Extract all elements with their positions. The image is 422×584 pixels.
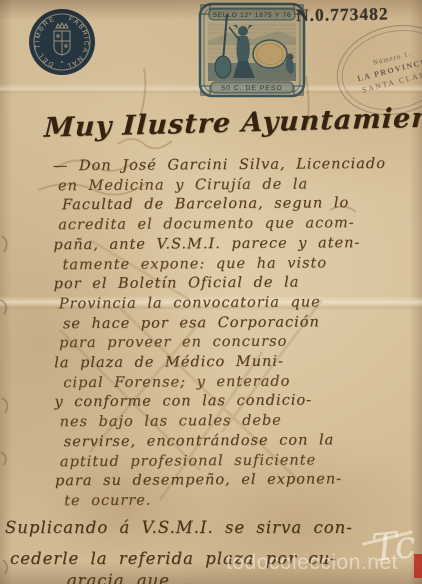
closing-line: gracia que ...: [66, 571, 200, 584]
stamp-top-banner: SELLO 12º 1875 Y 76: [213, 12, 292, 19]
manuscript-line: para proveer en concurso: [59, 332, 414, 354]
closing-line: Suplicando á V.S.M.I. se sirva con-: [5, 518, 353, 537]
scanned-manuscript-document: FABRICA NAL · DEL TIMBRE SELLO 12º 1875 …: [0, 0, 422, 584]
manuscript-line: tamente expone: que ha visto: [62, 253, 413, 275]
manuscript-line: acredita el documento que acom-: [58, 214, 413, 236]
manuscript-line: y conforme con las condicio-: [54, 391, 414, 413]
manuscript-line: aptitud profesional suficiente: [60, 450, 415, 472]
manuscript-line: paña, ante V.S.M.I. parece y aten-: [53, 234, 413, 256]
oval-stamp-line: SANTA CLARA: [359, 66, 422, 96]
manuscript-line: se hace por esa Corporación: [63, 312, 414, 334]
manuscript-line: la plaza de Médico Muni-: [54, 352, 414, 374]
red-edge-mark: [414, 554, 422, 578]
manuscript-body: — Don José Garcini Silva, Licenciado en …: [53, 155, 415, 512]
watermark-text: todocoleccion.net: [226, 551, 398, 575]
manuscript-line: para su desempeño, el exponen-: [55, 470, 415, 492]
oval-stamp-line: Número 1.: [354, 44, 422, 73]
manuscript-line: te ocurre.: [64, 490, 415, 512]
manuscript-line: Provincia la convocatoria que: [59, 293, 414, 315]
revenue-stamp: SELLO 12º 1875 Y 76 50 C. DE PESO: [196, 1, 308, 99]
stamp-bottom-banner: 50 C. DE PESO: [221, 85, 282, 92]
oval-stamp-line: LA PROVINCIA: [356, 55, 422, 85]
manuscript-line: Facultad de Barcelona, segun lo: [62, 194, 413, 216]
manuscript-line: servirse, encontrándose con la: [64, 431, 415, 453]
manuscript-line: — Don José Garcini Silva, Licenciado: [53, 155, 413, 177]
manuscript-line: nes bajo las cuales debe: [60, 411, 415, 433]
manuscript-line: por el Boletín Oficial de la: [54, 273, 414, 295]
manuscript-line: cipal Forense; y enterado: [63, 371, 414, 393]
blank-oval-medallion: [253, 40, 287, 68]
manuscript-line: en Medicina y Cirujía de la: [58, 174, 413, 196]
fabrica-del-timbre-seal: FABRICA NAL · DEL TIMBRE: [26, 5, 98, 79]
serial-number: N.0.773482: [296, 3, 422, 26]
